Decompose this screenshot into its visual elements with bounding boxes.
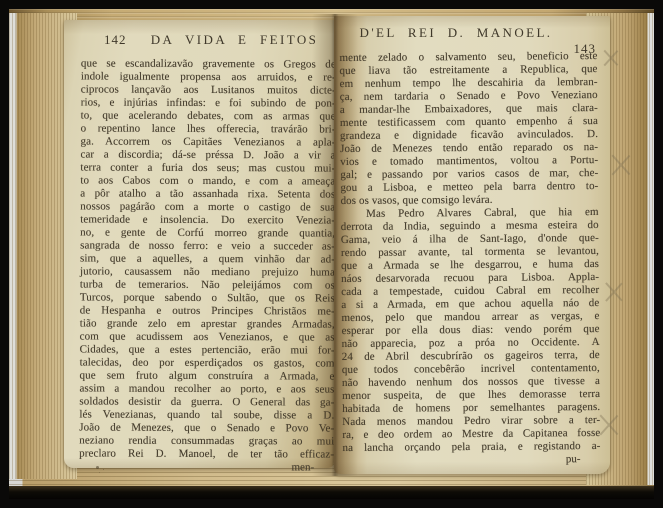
text-line: jutorio, causassem não mediano prejuizo … [80, 265, 335, 279]
text-line: que se escandalizavão gravemente os Greg… [81, 57, 336, 71]
text-line: com que acudissem aos Venezianos, e que … [80, 330, 335, 344]
ink-smudge [96, 466, 99, 469]
text-line: ga. Accorrem os Capitães Venezianos a ap… [81, 135, 336, 149]
text-line: que sem fruto algum construíra a Armada,… [79, 369, 334, 383]
text-line: sangrada de nosso ferro: e veio a succed… [80, 239, 335, 253]
left-page-number: 142 [104, 32, 127, 48]
text-line: to aos Cabos com o mando, e com a ameaça [80, 174, 335, 188]
text-line: indole igualmente propensa aos arruidos,… [81, 70, 336, 84]
text-line: temeridade e insolencia. Do exercito Ven… [80, 213, 335, 227]
text-line: a pôr atalho a tão assanhada rixa. Seten… [80, 187, 335, 201]
right-page-header: D'EL REI D. MANOEL. 143 [340, 25, 602, 41]
text-line: o repentino lance lhes offerecia, travár… [81, 122, 336, 136]
text-line: rios, e injúrias infindas: e foi subindo… [81, 96, 336, 110]
text-line: sim, que a aquelles, a quem vinhão dar a… [80, 252, 335, 266]
book-bottom-shadow [9, 486, 654, 499]
text-line: talecidas, deo por esperdiçados os gasto… [80, 356, 335, 370]
text-line: Cidades, que a estes pertencião, erão mu… [80, 343, 335, 357]
text-line: to, que acelerando debates, com as armas… [81, 109, 336, 123]
text-line: neziano rendia consummadas graças ao mui [79, 434, 334, 448]
text-line: assim a mandou recolher ao porto, e aos … [79, 382, 334, 396]
book-scan-photo: 142 DA VIDA E FEITOS que se escandalizav… [0, 0, 663, 508]
text-line: terra conter a furia dos seus; mas custo… [80, 161, 335, 175]
text-line: no, e gente de Corfú morreo grande quant… [80, 226, 335, 240]
text-line: Turcos, porque sabendo o Sultão, que os … [80, 291, 335, 305]
left-page: 142 DA VIDA E FEITOS que se escandalizav… [64, 20, 334, 468]
text-line: de Hespanha e outros Principes Christãos… [80, 304, 335, 318]
catchword: pu- [343, 453, 601, 468]
text-line: tião grande zelo em aprestar grandes Arm… [80, 317, 335, 331]
text-line: turba de temerarios. Não peleijámos com … [80, 278, 335, 292]
text-line: preclaro Rei D. Manoel, de ter tão effic… [79, 447, 334, 461]
catchword: men- [79, 460, 334, 474]
text-line: João de Menezes, que o Senado e Povo Ve- [79, 421, 334, 435]
text-line: gou a Lisboa, e metteo pela barra dentro… [340, 180, 598, 195]
text-line: car a discordia; dá-se préssa D. João a … [80, 148, 335, 162]
text-line: ciprocos lançavão aos Lusitanos muitos d… [81, 83, 336, 97]
left-page-header: 142 DA VIDA E FEITOS [80, 32, 333, 48]
right-running-title: D'EL REI D. MANOEL. [340, 25, 602, 41]
text-line: soldados desistir da guerra. O General d… [79, 395, 334, 409]
left-page-text: que se escandalizavão gravemente os Greg… [79, 57, 336, 474]
right-page-text: mente zelado o salvamento seu, beneficio… [339, 50, 600, 468]
right-page: D'EL REI D. MANOEL. 143 mente zelado o s… [334, 16, 610, 474]
text-line: lés Venezianas, quando tal soube, disse … [79, 408, 334, 422]
text-line: na lancha orçando pela praia, e registan… [342, 440, 600, 455]
text-line: nossos pagárão com a morte o castigo de … [80, 200, 335, 214]
